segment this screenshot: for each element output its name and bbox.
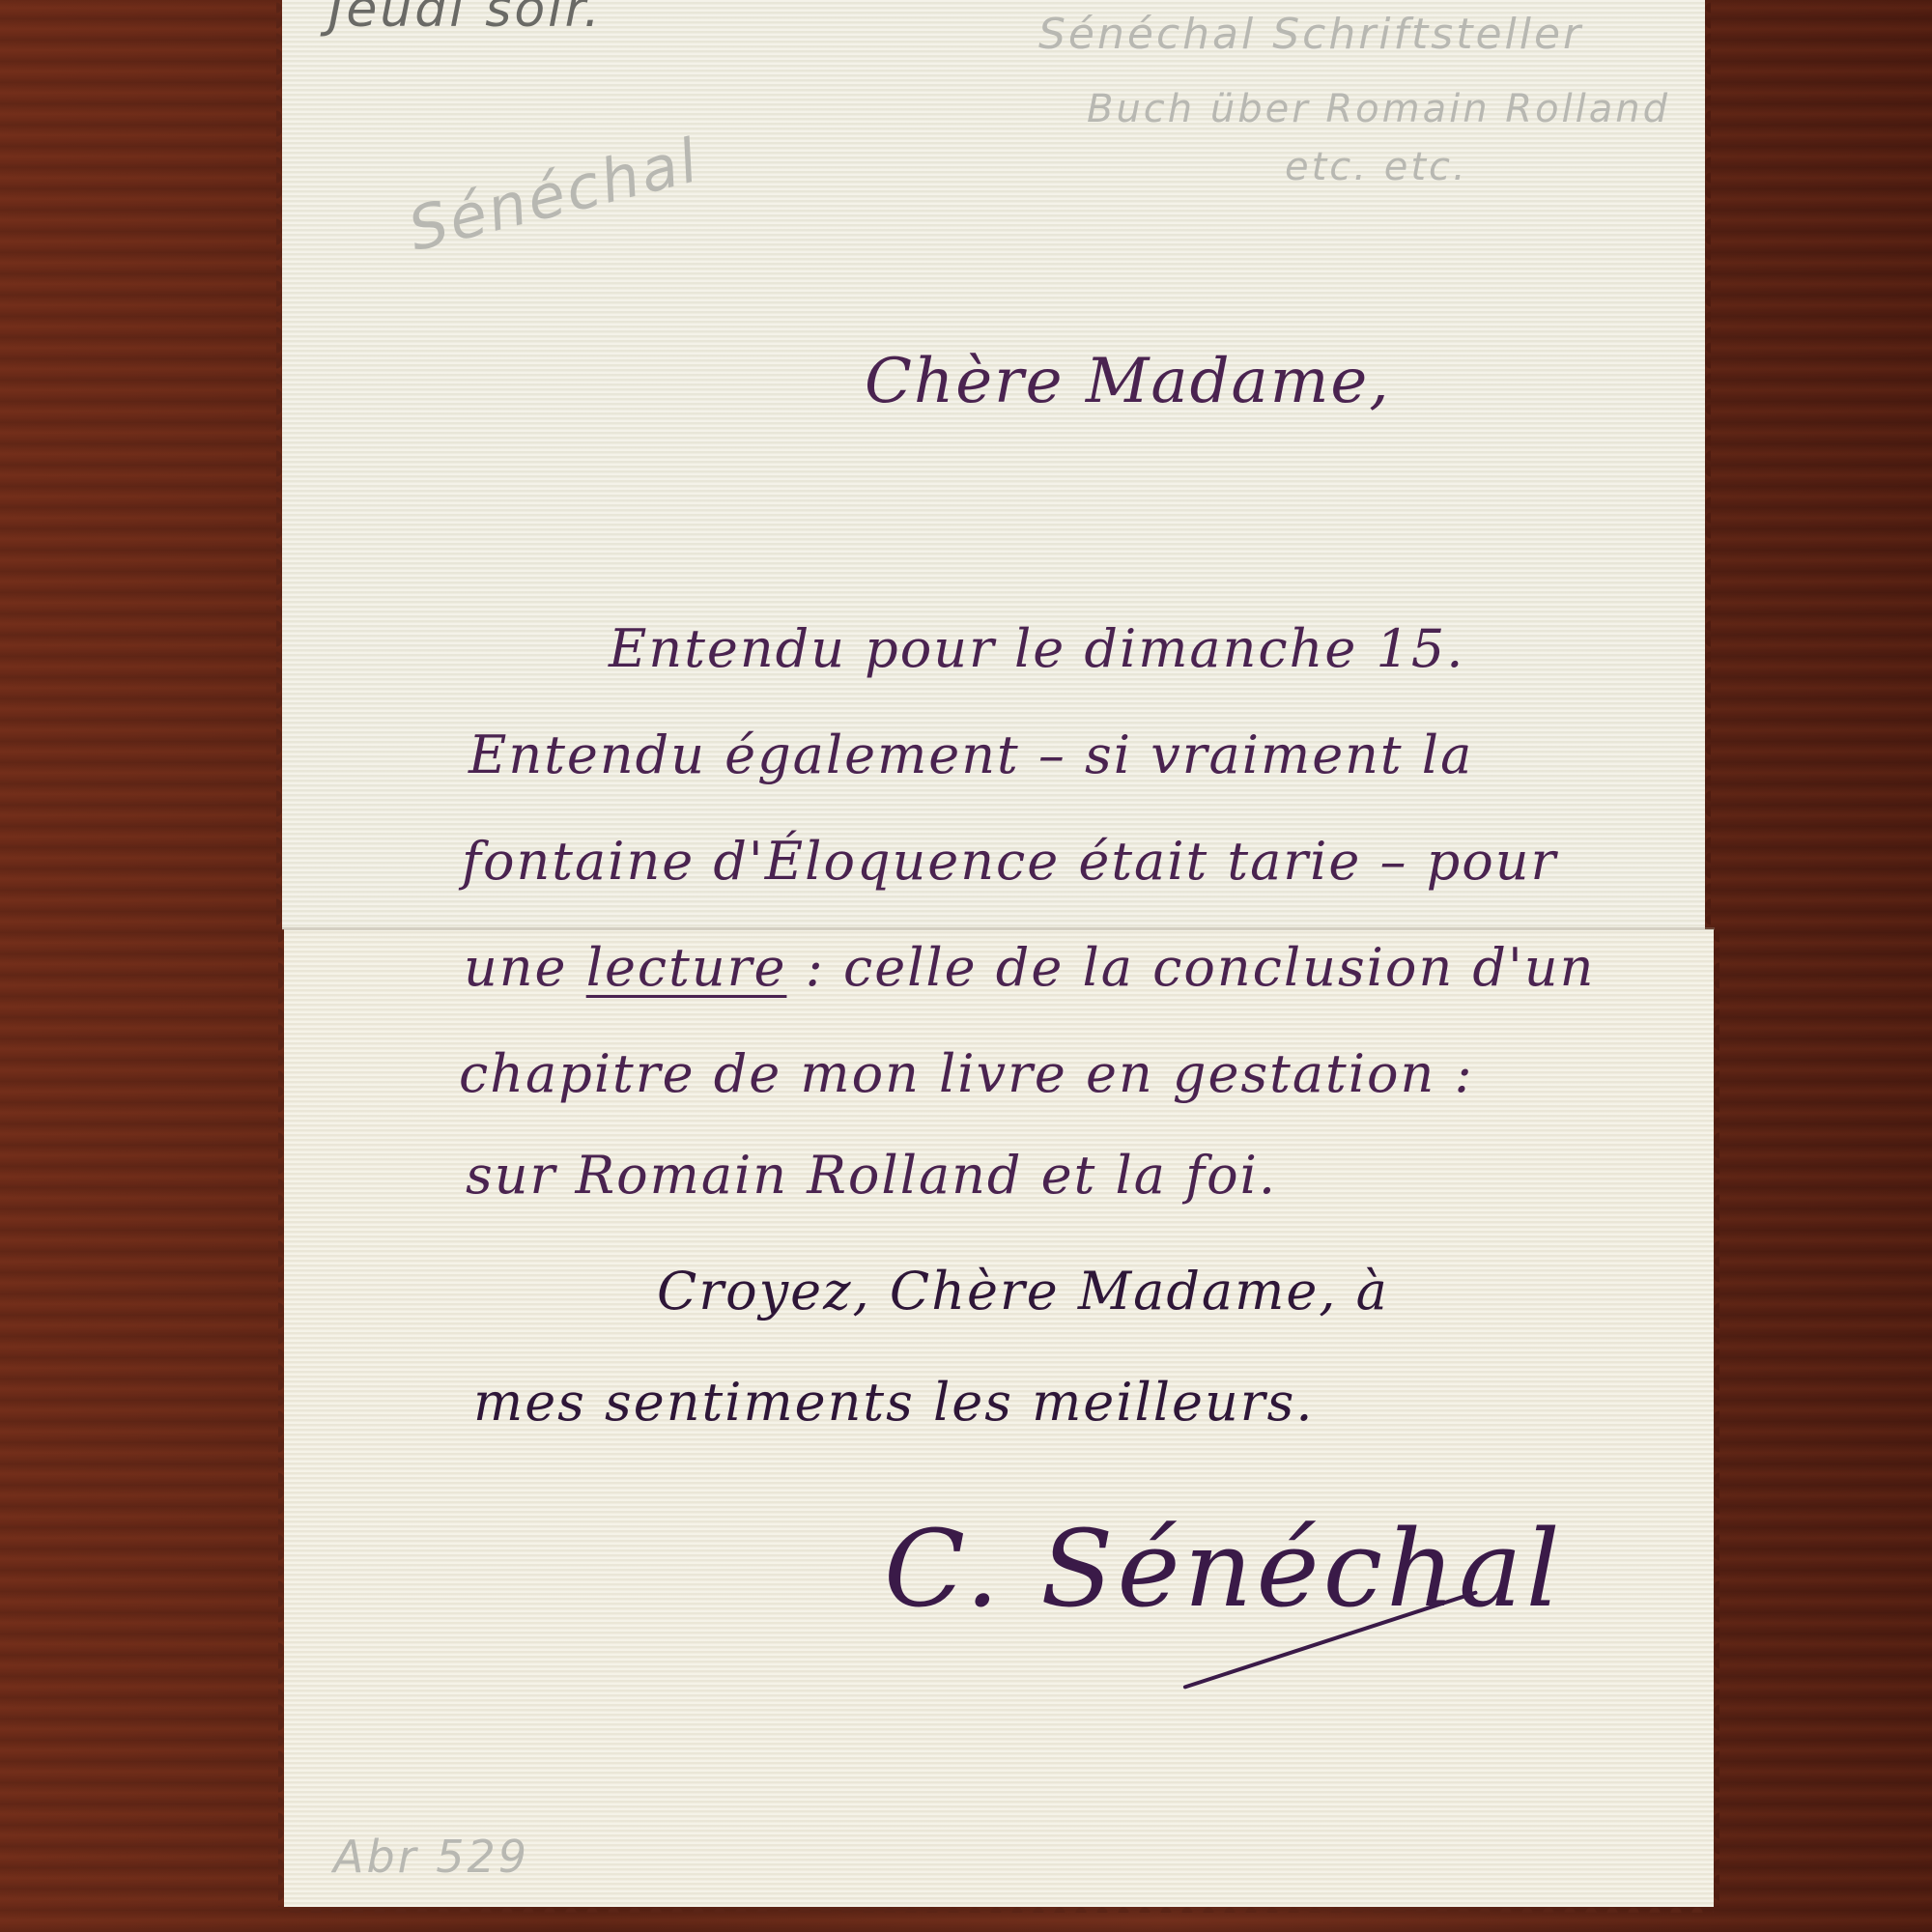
- perforated-edge-bottom: [284, 1901, 1714, 1913]
- perforated-edge-left: [276, 0, 288, 929]
- pencil-date-note: Jeudi soir.: [328, 0, 603, 39]
- pencil-archive-number: Abr 529: [333, 1831, 529, 1883]
- salutation: Chère Madame,: [865, 346, 1391, 417]
- signature: C. Sénéchal: [884, 1507, 1564, 1631]
- body-line-4: une lecture : celle de la conclusion d'u…: [464, 937, 1595, 998]
- pencil-archive-note-line1: Sénéchal Schriftsteller: [1038, 10, 1583, 59]
- body-line-6: sur Romain Rolland et la foi.: [466, 1145, 1277, 1206]
- body-line-5: chapitre de mon livre en gestation :: [459, 1043, 1474, 1104]
- body-line-4-text: une lecture : celle de la conclusion d'u…: [464, 937, 1595, 998]
- letter-card-top-half: [282, 0, 1705, 929]
- body-line-2: Entendu également – si vraiment la: [469, 724, 1473, 785]
- underlined-word: lecture: [586, 937, 787, 998]
- closing-line-2: mes sentiments les meilleurs.: [473, 1372, 1314, 1433]
- body-line-1: Entendu pour le dimanche 15.: [609, 618, 1464, 679]
- closing-line-1: Croyez, Chère Madame, à: [657, 1261, 1389, 1321]
- perforated-edge-right: [1708, 929, 1719, 1907]
- fold-line: [282, 927, 1715, 930]
- perforated-edge-left: [278, 929, 290, 1907]
- perforated-edge-right: [1699, 0, 1711, 929]
- pencil-archive-note-line2: Buch über Romain Rolland: [1087, 87, 1670, 131]
- body-line-3: fontaine d'Éloquence était tarie – pour: [462, 831, 1557, 892]
- pencil-archive-note-line3: etc. etc.: [1285, 145, 1468, 189]
